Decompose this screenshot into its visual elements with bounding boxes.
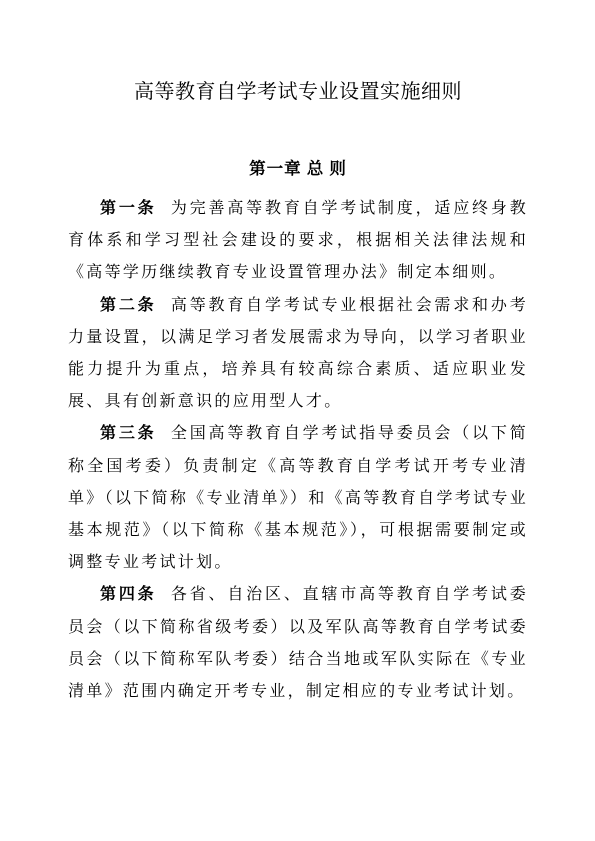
article-4-lead: 第四条 — [100, 586, 156, 603]
article-2: 第二条高等教育自学考试专业根据社会需求和办考力量设置，以满足学习者发展需求为导向… — [68, 290, 528, 419]
document-title: 高等教育自学考试专业设置实施细则 — [68, 0, 528, 106]
chapter-heading: 第一章 总 则 — [68, 157, 528, 181]
document-body: 第一条为完善高等教育自学考试制度，适应终身教育体系和学习型社会建设的要求，根据相… — [68, 193, 528, 708]
article-1-lead: 第一条 — [100, 200, 156, 217]
article-4: 第四条各省、自治区、直辖市高等教育自学考试委员会（以下简称省级考委）以及军队高等… — [68, 579, 528, 708]
article-3: 第三条全国高等教育自学考试指导委员会（以下简称全国考委）负责制定《高等教育自学考… — [68, 418, 528, 579]
article-4-text: 各省、自治区、直辖市高等教育自学考试委员会（以下简称省级考委）以及军队高等教育自… — [68, 586, 528, 700]
document-page: 高等教育自学考试专业设置实施细则 第一章 总 则 第一条为完善高等教育自学考试制… — [0, 0, 595, 841]
article-3-lead: 第三条 — [100, 425, 156, 442]
article-2-lead: 第二条 — [100, 297, 156, 314]
article-3-text: 全国高等教育自学考试指导委员会（以下简称全国考委）负责制定《高等教育自学考试开考… — [68, 425, 528, 571]
article-1: 第一条为完善高等教育自学考试制度，适应终身教育体系和学习型社会建设的要求，根据相… — [68, 193, 528, 290]
